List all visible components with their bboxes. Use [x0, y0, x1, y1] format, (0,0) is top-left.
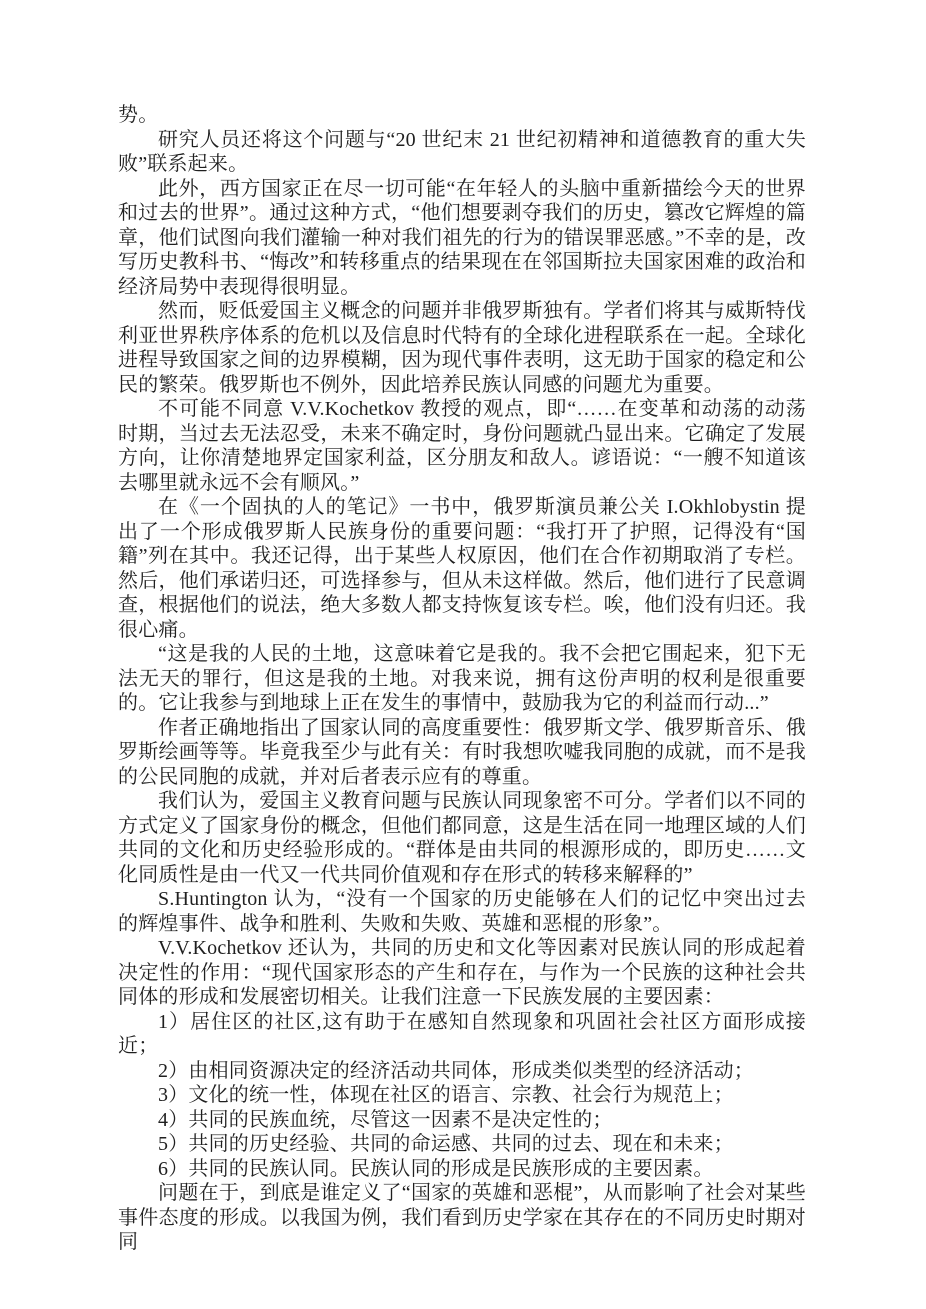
paragraph: 此外，西方国家正在尽一切可能“在年轻人的头脑中重新描绘今天的世界和过去的世界”。… — [118, 177, 806, 300]
paragraph: 势。 — [118, 103, 806, 128]
paragraph: S.Huntington 认为，“没有一个国家的历史能够在人们的记忆中突出过去的… — [118, 887, 806, 936]
paragraph: 研究人员还将这个问题与“20 世纪末 21 世纪初精神和道德教育的重大失败”联系… — [118, 128, 806, 177]
paragraph: “这是我的人民的土地，这意味着它是我的。我不会把它围起来，犯下无法无天的罪行，但… — [118, 642, 806, 716]
paragraph: 作者正确地指出了国家认同的高度重要性：俄罗斯文学、俄罗斯音乐、俄罗斯绘画等等。毕… — [118, 716, 806, 790]
paragraph: 1）居住区的社区,这有助于在感知自然现象和巩固社会社区方面形成接近； — [118, 1010, 806, 1059]
paragraph: 5）共同的历史经验、共同的命运感、共同的过去、现在和未来； — [118, 1132, 806, 1157]
paragraph: 我们认为，爱国主义教育问题与民族认同现象密不可分。学者们以不同的方式定义了国家身… — [118, 789, 806, 887]
paragraph: 4）共同的民族血统，尽管这一因素不是决定性的； — [118, 1108, 806, 1133]
paragraph: 问题在于，到底是谁定义了“国家的英雄和恶棍”，从而影响了社会对某些事件态度的形成… — [118, 1181, 806, 1255]
paragraph: 不可能不同意 V.V.Kochetkov 教授的观点，即“……在变革和动荡的动荡… — [118, 397, 806, 495]
paragraph: 2）由相同资源决定的经济活动共同体，形成类似类型的经济活动； — [118, 1059, 806, 1084]
paragraph: V.V.Kochetkov 还认为，共同的历史和文化等因素对民族认同的形成起着决… — [118, 936, 806, 1010]
paragraph: 然而，贬低爱国主义概念的问题并非俄罗斯独有。学者们将其与威斯特伐利亚世界秩序体系… — [118, 299, 806, 397]
document-page: 势。研究人员还将这个问题与“20 世纪末 21 世纪初精神和道德教育的重大失败”… — [0, 0, 926, 1309]
paragraph: 6）共同的民族认同。民族认同的形成是民族形成的主要因素。 — [118, 1157, 806, 1182]
document-text: 势。研究人员还将这个问题与“20 世纪末 21 世纪初精神和道德教育的重大失败”… — [118, 103, 806, 1255]
paragraph: 3）文化的统一性，体现在社区的语言、宗教、社会行为规范上； — [118, 1083, 806, 1108]
paragraph: 在《一个固执的人的笔记》一书中，俄罗斯演员兼公关 I.Okhlobystin 提… — [118, 495, 806, 642]
